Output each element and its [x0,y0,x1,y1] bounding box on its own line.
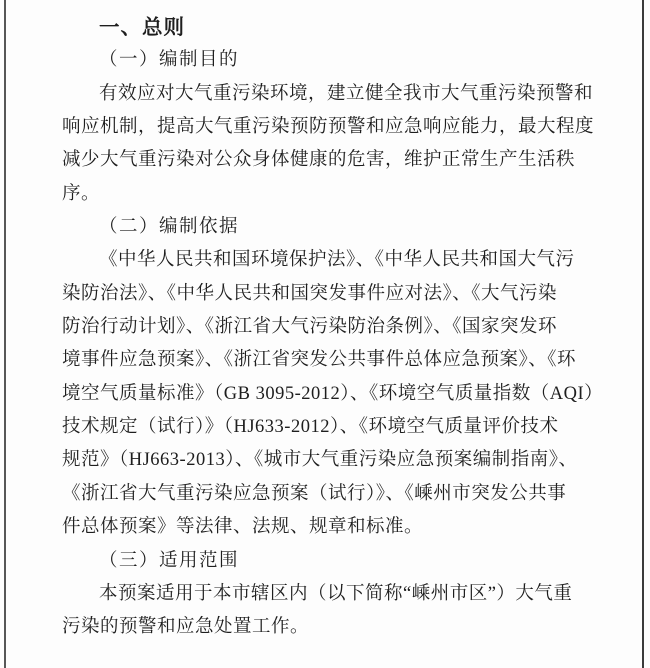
document-page: 一、总则（一）编制目的有效应对大气重污染环境，建立健全我市大气重污染预警和响应机… [0,0,650,668]
text-line: 境空气质量标准》（GB 3095-2012）、《环境空气质量指数（AQI） [62,378,590,411]
text-line: 有效应对大气重污染环境，建立健全我市大气重污染预警和 [62,78,590,111]
text-line: 境事件应急预案》、《浙江省突发公共事件总体应急预案》、《环 [62,344,590,377]
text-line: 件总体预案》等法律、法规、规章和标准。 [62,511,590,544]
text-line: 响应机制，提高大气重污染预防预警和应急响应能力，最大程度 [62,111,590,144]
text-line: 染防治法》、《中华人民共和国突发事件应对法》、《大气污染 [62,278,590,311]
text-line: 《浙江省大气重污染应急预案（试行）》、《嵊州市突发公共事 [62,478,590,511]
subsection-heading: （一）编制目的 [62,44,590,77]
text-line: 防治行动计划》、《浙江省大气污染防治条例》、《国家突发环 [62,311,590,344]
text-line: 技术规定（试行）》（HJ633-2012）、《环境空气质量评价技术 [62,411,590,444]
document-content: 一、总则（一）编制目的有效应对大气重污染环境，建立健全我市大气重污染预警和响应机… [62,11,590,645]
subsection-heading: （三）适用范围 [62,545,590,578]
text-line: 减少大气重污染对公众身体健康的危害，维护正常生产生活秩 [62,144,590,177]
scan-left-edge-line [4,0,6,668]
section-heading: 一、总则 [62,11,590,44]
text-line: 规范》（HJ663-2013）、《城市大气重污染应急预案编制指南》、 [62,444,590,477]
text-line: 序。 [62,178,590,211]
subsection-heading: （二）编制依据 [62,211,590,244]
text-line: 本预案适用于本市辖区内（以下简称“嵊州市区”）大气重 [62,578,590,611]
text-line: 《中华人民共和国环境保护法》、《中华人民共和国大气污 [62,244,590,277]
scan-right-edge-line [642,0,644,668]
text-line: 污染的预警和应急处置工作。 [62,611,590,644]
